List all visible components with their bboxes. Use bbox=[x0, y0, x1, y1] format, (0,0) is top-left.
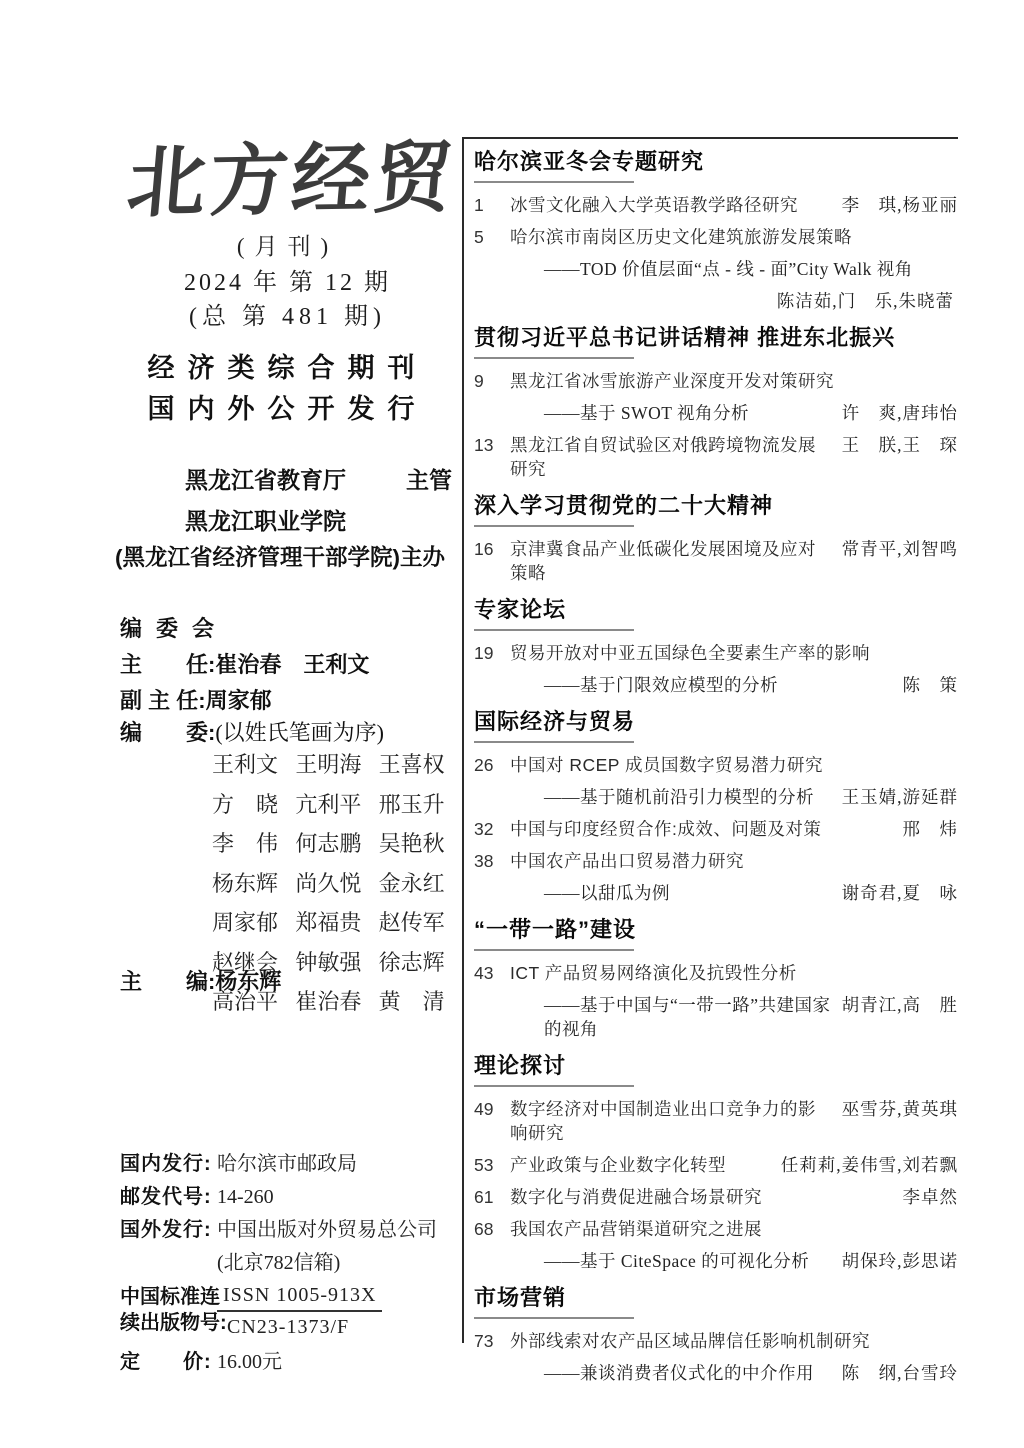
editor-name: 杨东辉 bbox=[215, 969, 281, 994]
vice-name: 周家郁 bbox=[206, 688, 272, 713]
editorial-vice-line: 副 主 任:周家郁 bbox=[120, 684, 272, 715]
section-underline bbox=[474, 1317, 634, 1319]
members-row: 周家郁郑福贵赵传军 bbox=[212, 906, 462, 937]
article-title: 外部线索对农产品区域品牌信任影响机制研究 bbox=[510, 1329, 958, 1353]
toc-entry: 9黑龙江省冰雪旅游产业深度开发对策研究 bbox=[474, 369, 958, 393]
toc-entry: 43ICT 产品贸易网络演化及抗毁性分析 bbox=[474, 961, 958, 985]
table-of-contents: 哈尔滨亚冬会专题研究1冰雪文化融入大学英语教学路径研究李 琪,杨亚丽5哈尔滨市南… bbox=[462, 137, 958, 1343]
page-number: 1 bbox=[474, 193, 510, 217]
section-underline bbox=[474, 741, 634, 743]
toc-entry: 73外部线索对农产品区域品牌信任影响机制研究 bbox=[474, 1329, 958, 1353]
article-authors: 陈洁茹,门 乐,朱晓蕾 bbox=[777, 289, 954, 313]
pub-label bbox=[120, 1251, 217, 1275]
section-underline bbox=[474, 357, 634, 359]
members-label-line: 编 委:(以姓氏笔画为序) bbox=[120, 716, 384, 747]
page-number: 73 bbox=[474, 1329, 510, 1353]
page-number: 5 bbox=[474, 225, 510, 249]
section-title: 国际经济与贸易 bbox=[474, 705, 958, 736]
toc-entry-subtitle-row: ——兼谈消费者仪式化的中介作用陈 纲,台雪玲 bbox=[474, 1361, 958, 1385]
toc-section: 贯彻习近平总书记讲话精神 推进东北振兴9黑龙江省冰雪旅游产业深度开发对策研究——… bbox=[474, 321, 958, 481]
page-number: 38 bbox=[474, 849, 510, 873]
article-subtitle: ——基于随机前沿引力模型的分析 bbox=[544, 785, 842, 809]
toc-entry: 38中国农产品出口贸易潜力研究 bbox=[474, 849, 958, 873]
page-number: 68 bbox=[474, 1217, 510, 1241]
toc-entry-subtitle-row: ——基于门限效应模型的分析陈 策 bbox=[474, 673, 958, 697]
toc-entry-subtitle-row: ——基于 CiteSpace 的可视化分析胡保玲,彭思诺 bbox=[474, 1249, 958, 1273]
member-name: 黄 清 bbox=[379, 985, 462, 1016]
article-authors: 谢奇君,夏 咏 bbox=[842, 881, 958, 905]
chief-label: 主 任: bbox=[120, 652, 215, 677]
member-name: 李 伟 bbox=[212, 827, 295, 858]
organizer-name: 黑龙江职业学院 bbox=[185, 508, 346, 534]
page-number: 16 bbox=[474, 537, 510, 561]
section-title: 专家论坛 bbox=[474, 593, 958, 624]
toc-entry: 68我国农产品营销渠道研究之进展 bbox=[474, 1217, 958, 1241]
pub-label: 国外发行: bbox=[120, 1218, 217, 1242]
page-number: 49 bbox=[474, 1097, 510, 1121]
issn-label: 中国标准连 续出版物号: bbox=[120, 1284, 217, 1339]
article-title: 哈尔滨市南岗区历史文化建筑旅游发展策略 bbox=[510, 225, 958, 249]
article-authors: 王玉婧,游延群 bbox=[842, 785, 958, 809]
section-underline bbox=[474, 1085, 634, 1087]
cumulative-issue-number: (总 第 481 期) bbox=[115, 296, 460, 331]
article-title: 产业政策与企业数字化转型 bbox=[510, 1153, 781, 1177]
editorial-board-title: 编委会 bbox=[120, 612, 228, 643]
members-row: 杨东辉尚久悦金永红 bbox=[212, 867, 462, 898]
article-title: 黑龙江省自贸试验区对俄跨境物流发展研究 bbox=[510, 433, 842, 481]
article-authors: 巫雪芬,黄英琪 bbox=[842, 1097, 958, 1121]
chief-names: 崔治春 王利文 bbox=[215, 652, 369, 677]
chief-editor-line: 主 编:杨东辉 bbox=[120, 965, 281, 996]
section-underline bbox=[474, 525, 634, 527]
section-underline bbox=[474, 181, 634, 183]
article-authors: 邢 炜 bbox=[903, 817, 959, 841]
section-title: 理论探讨 bbox=[474, 1049, 958, 1080]
article-title: 中国与印度经贸合作:成效、问题及对策 bbox=[510, 817, 903, 841]
member-name: 杨东辉 bbox=[212, 867, 295, 898]
organizer2-line: (黑龙江省经济管理干部学院)主办 bbox=[115, 540, 460, 572]
member-name: 王利文 bbox=[212, 748, 295, 779]
frequency-label: (月刊) bbox=[115, 228, 460, 261]
pub-row-foreign: 国外发行: 中国出版对外贸易总公司 bbox=[120, 1218, 465, 1242]
member-name: 王明海 bbox=[295, 748, 378, 779]
vice-label: 副 主 任: bbox=[120, 688, 206, 713]
toc-section: 哈尔滨亚冬会专题研究1冰雪文化融入大学英语教学路径研究李 琪,杨亚丽5哈尔滨市南… bbox=[474, 145, 958, 313]
toc-section: 国际经济与贸易26中国对 RCEP 成员国数字贸易潜力研究——基于随机前沿引力模… bbox=[474, 705, 958, 905]
member-name: 王喜权 bbox=[379, 748, 462, 779]
toc-entry: 61数字化与消费促进融合场景研究李卓然 bbox=[474, 1185, 958, 1209]
toc-section: 理论探讨49数字经济对中国制造业出口竞争力的影响研究巫雪芬,黄英琪53产业政策与… bbox=[474, 1049, 958, 1273]
toc-entry: 53产业政策与企业数字化转型任莉莉,姜伟雪,刘若飘 bbox=[474, 1153, 958, 1177]
organizer2-name: (黑龙江省经济管理干部学院)主办 bbox=[115, 545, 445, 570]
members-row: 方 晓亢利平邢玉升 bbox=[212, 788, 462, 819]
page-number: 53 bbox=[474, 1153, 510, 1177]
distribution-scope: 国内外公开发行 bbox=[115, 387, 460, 426]
member-name: 尚久悦 bbox=[295, 867, 378, 898]
pub-row-pobox: (北京782信箱) bbox=[120, 1251, 465, 1275]
article-subtitle: ——TOD 价值层面“点 - 线 - 面”City Walk 视角 bbox=[544, 257, 958, 281]
toc-entry: 26中国对 RCEP 成员国数字贸易潜力研究 bbox=[474, 753, 958, 777]
toc-entry: 1冰雪文化融入大学英语教学路径研究李 琪,杨亚丽 bbox=[474, 193, 958, 217]
article-title: 黑龙江省冰雪旅游产业深度开发对策研究 bbox=[510, 369, 958, 393]
member-name: 邢玉升 bbox=[379, 788, 462, 819]
issue-number: 2024 年 第 12 期 bbox=[115, 262, 460, 297]
article-authors: 任莉莉,姜伟雪,刘若飘 bbox=[781, 1153, 958, 1177]
members-label: 编 委: bbox=[120, 720, 215, 745]
article-authors: 王 朕,王 琛 bbox=[842, 433, 958, 457]
article-title: 中国农产品出口贸易潜力研究 bbox=[510, 849, 958, 873]
article-title: 贸易开放对中亚五国绿色全要素生产率的影响 bbox=[510, 641, 958, 665]
toc-entry-authors-row: 陈洁茹,门 乐,朱晓蕾 bbox=[474, 289, 954, 313]
pub-value: 哈尔滨市邮政局 bbox=[217, 1152, 357, 1176]
supervisor-role: 主管 bbox=[406, 462, 452, 495]
price-line: 定 价: 16.00元 bbox=[120, 1345, 465, 1374]
section-underline bbox=[474, 629, 634, 631]
member-name: 徐志辉 bbox=[379, 946, 462, 977]
page-number: 26 bbox=[474, 753, 510, 777]
editor-label: 主 编: bbox=[120, 969, 215, 994]
member-name: 金永红 bbox=[379, 867, 462, 898]
member-name: 方 晓 bbox=[212, 788, 295, 819]
pub-value: 中国出版对外贸易总公司 bbox=[217, 1218, 437, 1242]
member-name: 亢利平 bbox=[295, 788, 378, 819]
organizer-line: 黑龙江职业学院 bbox=[115, 503, 460, 536]
article-authors: 胡青江,高 胜 bbox=[842, 993, 958, 1017]
member-name: 周家郁 bbox=[212, 906, 295, 937]
journal-toc-page: { "masthead": { "logo": "北方经贸", "frequen… bbox=[0, 0, 1024, 1448]
page-number: 19 bbox=[474, 641, 510, 665]
article-title: 京津冀食品产业低碳化发展困境及应对策略 bbox=[510, 537, 842, 585]
section-title: 深入学习贯彻党的二十大精神 bbox=[474, 489, 958, 520]
supervisor-line: 黑龙江省教育厅 主管 bbox=[115, 462, 460, 495]
issn-number: ISSN 1005-913X bbox=[217, 1284, 382, 1312]
article-authors: 陈 策 bbox=[903, 673, 959, 697]
section-title: “一带一路”建设 bbox=[474, 913, 958, 944]
publication-info: 国内发行: 哈尔滨市邮政局 邮发代号: 14-260 国外发行: 中国出版对外贸… bbox=[120, 1152, 465, 1374]
page-number: 61 bbox=[474, 1185, 510, 1209]
toc-section: 专家论坛19贸易开放对中亚五国绿色全要素生产率的影响——基于门限效应模型的分析陈… bbox=[474, 593, 958, 697]
toc-entry-subtitle-row: ——以甜瓜为例谢奇君,夏 咏 bbox=[474, 881, 958, 905]
toc-section: 市场营销73外部线索对农产品区域品牌信任影响机制研究——兼谈消费者仪式化的中介作… bbox=[474, 1281, 958, 1385]
article-title: 冰雪文化融入大学英语教学路径研究 bbox=[510, 193, 842, 217]
supervisor-name: 黑龙江省教育厅 bbox=[185, 467, 346, 493]
journal-logo: 北方经贸 bbox=[117, 125, 467, 236]
price-value: 16.00元 bbox=[217, 1345, 282, 1374]
toc-section: 深入学习贯彻党的二十大精神16京津冀食品产业低碳化发展困境及应对策略常青平,刘智… bbox=[474, 489, 958, 585]
article-authors: 许 爽,唐玮怡 bbox=[842, 401, 958, 425]
pub-row-domestic: 国内发行: 哈尔滨市邮政局 bbox=[120, 1152, 465, 1176]
article-title: 中国对 RCEP 成员国数字贸易潜力研究 bbox=[510, 753, 958, 777]
article-subtitle: ——基于 CiteSpace 的可视化分析 bbox=[544, 1249, 842, 1273]
member-name: 吴艳秋 bbox=[379, 827, 462, 858]
editorial-chief-line: 主 任:崔治春 王利文 bbox=[120, 648, 369, 679]
member-name: 赵传军 bbox=[379, 906, 462, 937]
issn-block: 中国标准连 续出版物号: ISSN 1005-913X CN23-1373/F bbox=[120, 1284, 465, 1339]
toc-entry-subtitle-row: ——基于中国与“一带一路”共建国家的视角胡青江,高 胜 bbox=[474, 993, 958, 1041]
pub-label: 邮发代号: bbox=[120, 1185, 217, 1209]
article-authors: 李卓然 bbox=[903, 1185, 959, 1209]
page-number: 13 bbox=[474, 433, 510, 457]
toc-entry: 13黑龙江省自贸试验区对俄跨境物流发展研究王 朕,王 琛 bbox=[474, 433, 958, 481]
pub-label: 国内发行: bbox=[120, 1152, 217, 1176]
member-name: 何志鹏 bbox=[295, 827, 378, 858]
members-row: 王利文王明海王喜权 bbox=[212, 748, 462, 779]
article-subtitle: ——基于 SWOT 视角分析 bbox=[544, 401, 842, 425]
toc-entry: 19贸易开放对中亚五国绿色全要素生产率的影响 bbox=[474, 641, 958, 665]
article-title: 数字经济对中国制造业出口竞争力的影响研究 bbox=[510, 1097, 842, 1145]
toc-entry-subtitle-row: ——基于 SWOT 视角分析许 爽,唐玮怡 bbox=[474, 401, 958, 425]
section-title: 市场营销 bbox=[474, 1281, 958, 1312]
section-title: 贯彻习近平总书记讲话精神 推进东北振兴 bbox=[474, 321, 958, 352]
pub-row-postcode: 邮发代号: 14-260 bbox=[120, 1185, 465, 1209]
section-title: 哈尔滨亚冬会专题研究 bbox=[474, 145, 958, 176]
article-subtitle: ——基于中国与“一带一路”共建国家的视角 bbox=[544, 993, 842, 1041]
article-title: 我国农产品营销渠道研究之进展 bbox=[510, 1217, 958, 1241]
article-subtitle: ——兼谈消费者仪式化的中介作用 bbox=[544, 1361, 842, 1385]
article-authors: 常青平,刘智鸣 bbox=[842, 537, 958, 561]
toc-entry-subtitle-row: ——TOD 价值层面“点 - 线 - 面”City Walk 视角 bbox=[474, 257, 958, 281]
member-name: 崔治春 bbox=[295, 985, 378, 1016]
toc-section: “一带一路”建设43ICT 产品贸易网络演化及抗毁性分析——基于中国与“一带一路… bbox=[474, 913, 958, 1041]
article-subtitle: ——以甜瓜为例 bbox=[544, 881, 842, 905]
article-title: 数字化与消费促进融合场景研究 bbox=[510, 1185, 903, 1209]
members-row: 李 伟何志鹏吴艳秋 bbox=[212, 827, 462, 858]
toc-entry: 32中国与印度经贸合作:成效、问题及对策邢 炜 bbox=[474, 817, 958, 841]
toc-entry-subtitle-row: ——基于随机前沿引力模型的分析王玉婧,游延群 bbox=[474, 785, 958, 809]
article-authors: 李 琪,杨亚丽 bbox=[842, 193, 958, 217]
journal-category: 经济类综合期刊 bbox=[115, 346, 460, 385]
article-authors: 陈 纲,台雪玲 bbox=[842, 1361, 958, 1385]
article-title: ICT 产品贸易网络演化及抗毁性分析 bbox=[510, 961, 958, 985]
article-authors: 胡保玲,彭思诺 bbox=[842, 1249, 958, 1273]
issn-values: ISSN 1005-913X CN23-1373/F bbox=[217, 1284, 382, 1339]
section-underline bbox=[474, 949, 634, 951]
member-name: 郑福贵 bbox=[295, 906, 378, 937]
member-name: 钟敏强 bbox=[295, 946, 378, 977]
page-number: 32 bbox=[474, 817, 510, 841]
page-number: 9 bbox=[474, 369, 510, 393]
article-subtitle: ——基于门限效应模型的分析 bbox=[544, 673, 903, 697]
members-note: (以姓氏笔画为序) bbox=[215, 720, 384, 745]
pub-value: 14-260 bbox=[217, 1185, 274, 1209]
price-label: 定 价: bbox=[120, 1345, 217, 1374]
page-number: 43 bbox=[474, 961, 510, 985]
pub-value: (北京782信箱) bbox=[217, 1251, 340, 1275]
toc-entry: 5哈尔滨市南岗区历史文化建筑旅游发展策略 bbox=[474, 225, 958, 249]
cn-number: CN23-1373/F bbox=[217, 1312, 382, 1339]
toc-entry: 49数字经济对中国制造业出口竞争力的影响研究巫雪芬,黄英琪 bbox=[474, 1097, 958, 1145]
toc-entry: 16京津冀食品产业低碳化发展困境及应对策略常青平,刘智鸣 bbox=[474, 537, 958, 585]
